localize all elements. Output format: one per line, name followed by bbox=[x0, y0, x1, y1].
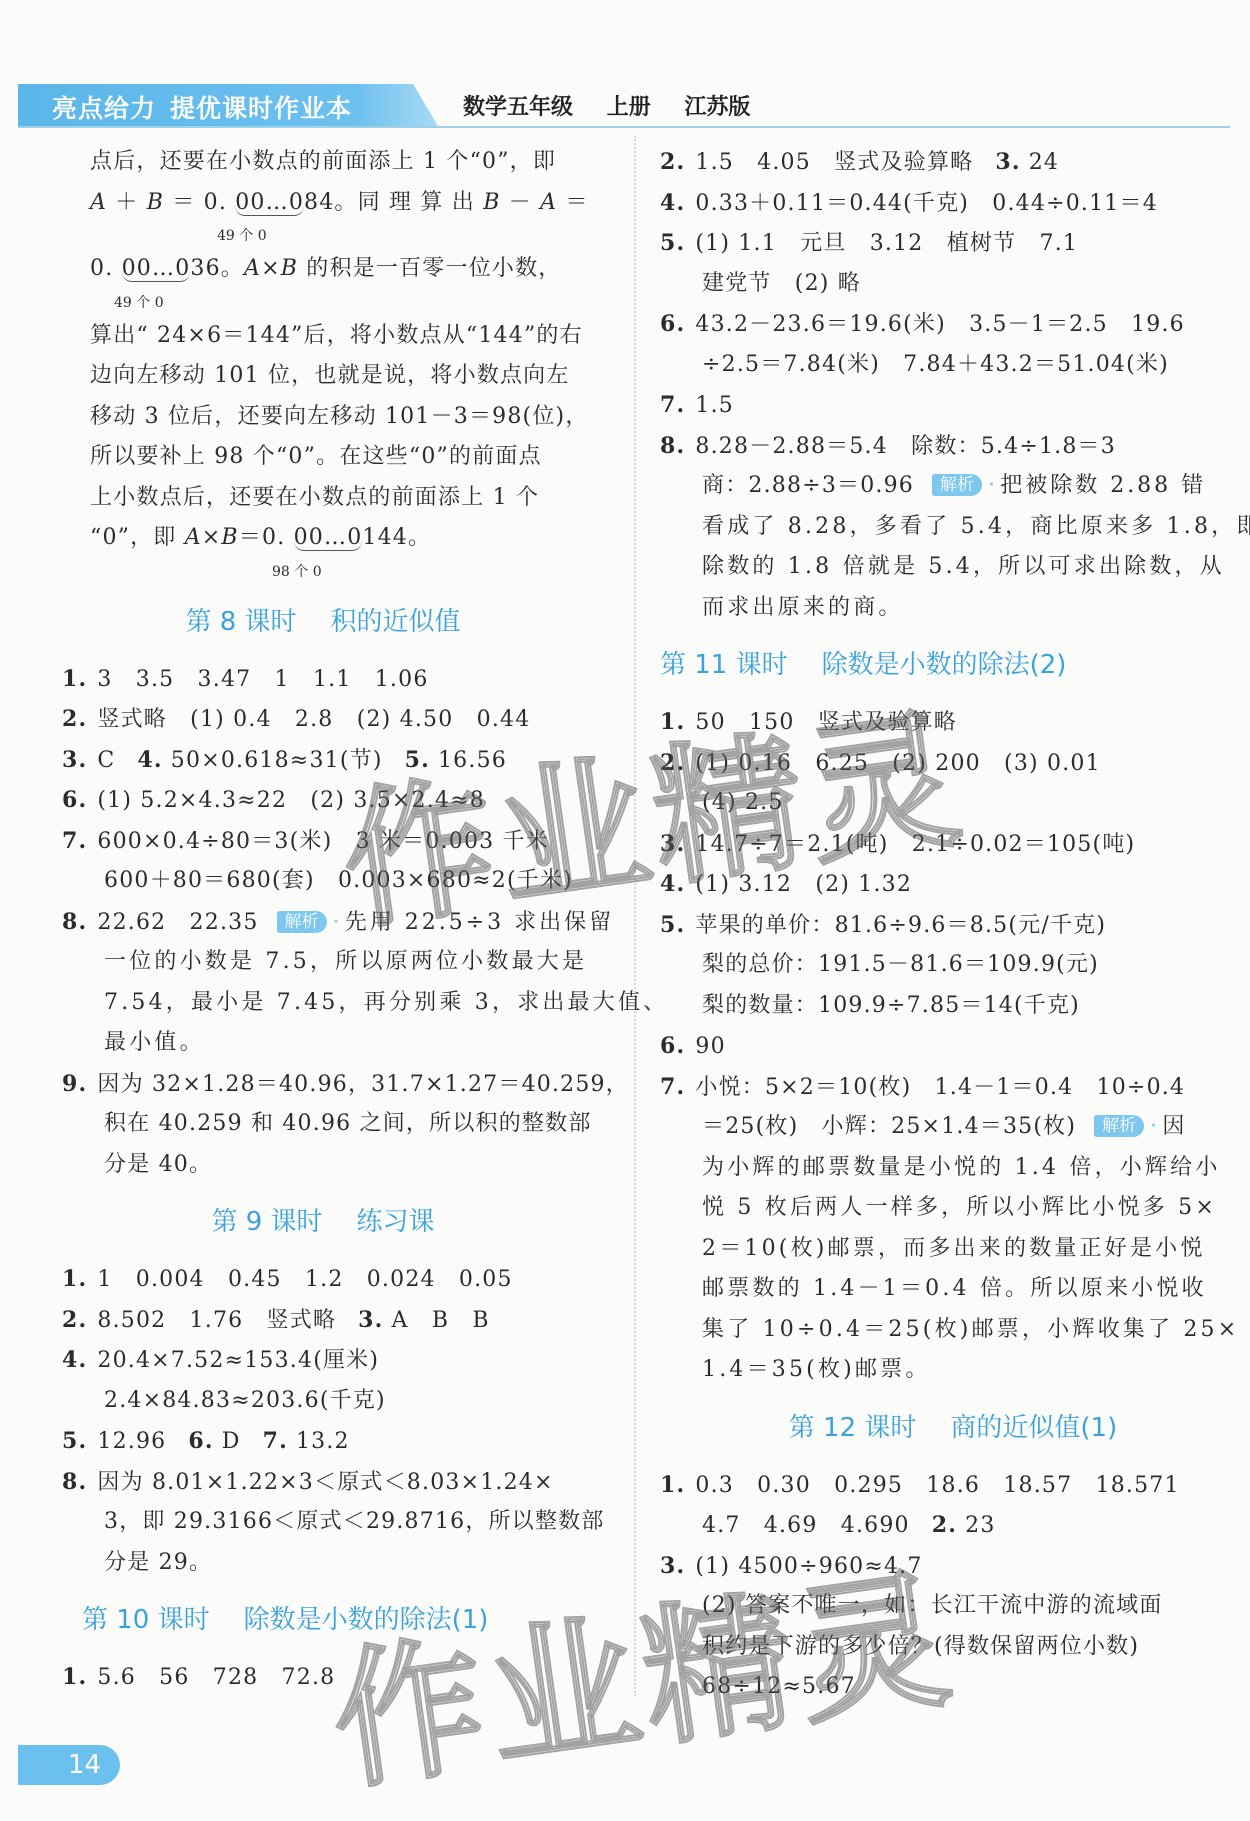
answer-line: 4.(1) 3.12 (2) 1.32 bbox=[660, 864, 1216, 905]
analysis-line: 最小值。 bbox=[62, 1023, 614, 1064]
analysis-tag: 解析 bbox=[1094, 1115, 1144, 1137]
analysis-tag: 解析 bbox=[932, 474, 982, 496]
answer-line: 2.4×84.83≈203.6(千克) bbox=[62, 1381, 614, 1422]
brace-label: 49 个 0 bbox=[62, 290, 614, 316]
brand-banner: 亮点给力提优课时作业本 bbox=[18, 84, 438, 126]
section-title-lesson-10: 第 10 课时除数是小数的除法(1) bbox=[62, 1583, 614, 1657]
answer-line: 5.(1) 1.1 元旦 3.12 植树节 7.1 bbox=[660, 223, 1216, 264]
answer-line: 6.43.2－23.6＝19.6(米) 3.5－1＝2.5 19.6 bbox=[660, 304, 1216, 345]
answer-line: 5.苹果的单价：81.6÷9.6＝8.5(元/千克) bbox=[660, 905, 1216, 946]
answer-line: 1.0.3 0.30 0.295 18.6 18.57 18.571 bbox=[660, 1465, 1216, 1506]
analysis-line: 为小辉的邮票数量是小悦的 1.4 倍，小辉给小 bbox=[660, 1148, 1216, 1189]
text-line: 边向左移动 101 位，也就是说，将小数点向左 bbox=[62, 356, 614, 397]
answer-line: 6.90 bbox=[660, 1026, 1216, 1067]
answer-line: 3.(1) 4500÷960≈4.7 bbox=[660, 1546, 1216, 1587]
right-column: 2.1.5 4.05 竖式及验算略3.24 4.0.33＋0.11＝0.44(千… bbox=[660, 142, 1216, 1708]
answer-line: 2.8.502 1.76 竖式略3.A B B bbox=[62, 1300, 614, 1341]
answer-line: 68÷12≈5.67 bbox=[660, 1667, 1216, 1708]
book-info: 数学五年级 上册 江苏版 bbox=[463, 90, 776, 121]
answer-line: 4.7 4.69 4.6902.23 bbox=[660, 1505, 1216, 1546]
answer-line: 9.因为 32×1.28＝40.96，31.7×1.27＝40.259， bbox=[62, 1064, 614, 1105]
section-title-lesson-8: 第 8 课时积的近似值 bbox=[62, 585, 614, 659]
answer-line: 1.50 150 竖式及验算略 bbox=[660, 702, 1216, 743]
answer-line: 3，即 29.3166＜原式＜29.8716，所以整数部 bbox=[62, 1502, 614, 1543]
analysis-line: 而求出原来的商。 bbox=[660, 588, 1216, 629]
answer-line: 8.8.28－2.88＝5.4 除数：5.4÷1.8＝3 bbox=[660, 426, 1216, 467]
answer-line: 3.C4.50×0.618≈31(节)5.16.56 bbox=[62, 740, 614, 781]
answer-line: 积约是下游的多少倍？(得数保留两位小数) bbox=[660, 1627, 1216, 1668]
answer-line: 7.小悦：5×2＝10(枚) 1.4－1＝0.4 10÷0.4 bbox=[660, 1067, 1216, 1108]
text-line: 点后，还要在小数点的前面添上 1 个“0”，即 bbox=[62, 142, 614, 183]
answer-line: 2.(1) 0.16 6.25 (2) 200 (3) 0.01 bbox=[660, 743, 1216, 784]
answer-line: 2.竖式略 (1) 0.4 2.8 (2) 4.50 0.44 bbox=[62, 699, 614, 740]
answer-line: (2) 答案不唯一，如：长江干流中游的流域面 bbox=[660, 1586, 1216, 1627]
answer-line: 7.600×0.4÷80＝3(米) 3 米＝0.003 千米 bbox=[62, 821, 614, 862]
analysis-line: 一位的小数是 7.5，所以原两位小数最大是 bbox=[62, 942, 614, 983]
analysis-line: 2＝10(枚)邮票，而多出来的数量正好是小悦 bbox=[660, 1229, 1216, 1270]
analysis-line: 悦 5 枚后两人一样多，所以小辉比小悦多 5× bbox=[660, 1188, 1216, 1229]
text-line: 移动 3 位后，还要向左移动 101－3＝98(位)， bbox=[62, 397, 614, 438]
page-number-badge: 14 bbox=[18, 1745, 120, 1785]
answer-line: 7.1.5 bbox=[660, 385, 1216, 426]
answer-line: (4) 2.5 bbox=[660, 783, 1216, 824]
answer-line: 商：2.88÷3＝0.96解析·把被除数 2.88 错 bbox=[660, 466, 1216, 507]
text-line: “0”，即 A×B＝0. 00…0144。 bbox=[62, 518, 614, 559]
text-line: 0. 00…036。A×B 的积是一百零一位小数， bbox=[62, 249, 614, 290]
answer-line: 8.因为 8.01×1.22×3＜原式＜8.03×1.24× bbox=[62, 1462, 614, 1503]
brace-label: 49 个 0 bbox=[62, 223, 614, 249]
answer-line: 8.22.62 22.35解析·先用 22.5÷3 求出保留 bbox=[62, 902, 614, 943]
answer-line: 梨的总价：191.5－81.6＝109.9(元) bbox=[660, 945, 1216, 986]
section-title-lesson-12: 第 12 课时商的近似值(1) bbox=[660, 1391, 1216, 1465]
text-line: 算出“ 24×6＝144”后，将小数点从“144”的右 bbox=[62, 316, 614, 357]
answer-line: 6.(1) 5.2×4.3≈22 (2) 3.5×2.4≈8 bbox=[62, 780, 614, 821]
analysis-line: 看成了 8.28，多看了 5.4，商比原来多 1.8，即 bbox=[660, 507, 1216, 548]
brand-title: 亮点给力提优课时作业本 bbox=[52, 89, 352, 125]
answer-line: 4.20.4×7.52≈153.4(厘米) bbox=[62, 1340, 614, 1381]
answer-line: 2.1.5 4.05 竖式及验算略3.24 bbox=[660, 142, 1216, 183]
answer-line: 4.0.33＋0.11＝0.44(千克) 0.44÷0.11＝4 bbox=[660, 183, 1216, 224]
analysis-line: 7.54，最小是 7.45，再分别乘 3，求出最大值、 bbox=[62, 983, 614, 1024]
section-title-lesson-9: 第 9 课时练习课 bbox=[62, 1185, 614, 1259]
answer-line: 5.12.966.D7.13.2 bbox=[62, 1421, 614, 1462]
answer-line: 1.3 3.5 3.47 1 1.1 1.06 bbox=[62, 659, 614, 700]
column-divider bbox=[634, 136, 636, 1696]
answer-line: 建党节 (2) 略 bbox=[660, 264, 1216, 305]
answer-line: 分是 40。 bbox=[62, 1145, 614, 1186]
brace-label: 98 个 0 bbox=[62, 559, 614, 585]
answer-line: 1.1 0.004 0.45 1.2 0.024 0.05 bbox=[62, 1259, 614, 1300]
text-line: 上小数点后，还要在小数点的前面添上 1 个 bbox=[62, 478, 614, 519]
left-column: 点后，还要在小数点的前面添上 1 个“0”，即 A ＋ B ＝ 0. 00…08… bbox=[62, 142, 614, 1698]
answer-line: 梨的数量：109.9÷7.85＝14(千克) bbox=[660, 986, 1216, 1027]
subject: 数学五年级 bbox=[463, 95, 573, 120]
answer-line: 分是 29。 bbox=[62, 1543, 614, 1584]
analysis-line: 集了 10÷0.4＝25(枚)邮票，小辉收集了 25× bbox=[660, 1310, 1216, 1351]
analysis-line: 除数的 1.8 倍就是 5.4，所以可求出除数，从 bbox=[660, 547, 1216, 588]
text-line: 所以要补上 98 个“0”。在这些“0”的前面点 bbox=[62, 437, 614, 478]
answer-line: ÷2.5＝7.84(米) 7.84＋43.2＝51.04(米) bbox=[660, 345, 1216, 386]
volume: 上册 bbox=[607, 95, 651, 120]
answer-line: 1.5.6 56 728 72.8 bbox=[62, 1657, 614, 1698]
answer-line: ＝25(枚) 小辉：25×1.4＝35(枚)解析·因 bbox=[660, 1107, 1216, 1148]
analysis-line: 1.4＝35(枚)邮票。 bbox=[660, 1350, 1216, 1391]
text-line: A ＋ B ＝ 0. 00…084。同 理 算 出 B － A ＝ bbox=[62, 183, 614, 224]
page-header: 亮点给力提优课时作业本 数学五年级 上册 江苏版 bbox=[18, 84, 1230, 126]
edition: 江苏版 bbox=[684, 95, 750, 120]
answer-line: 3.14.7÷7＝2.1(吨) 2.1÷0.02＝105(吨) bbox=[660, 824, 1216, 865]
header-rule bbox=[18, 126, 1230, 128]
analysis-tag: 解析 bbox=[277, 911, 327, 933]
analysis-line: 邮票数的 1.4－1＝0.4 倍。所以原来小悦收 bbox=[660, 1269, 1216, 1310]
section-title-lesson-11: 第 11 课时除数是小数的除法(2) bbox=[660, 628, 1216, 702]
answer-line: 积在 40.259 和 40.96 之间，所以积的整数部 bbox=[62, 1104, 614, 1145]
answer-line: 600＋80＝680(套) 0.003×680≈2(千米) bbox=[62, 861, 614, 902]
